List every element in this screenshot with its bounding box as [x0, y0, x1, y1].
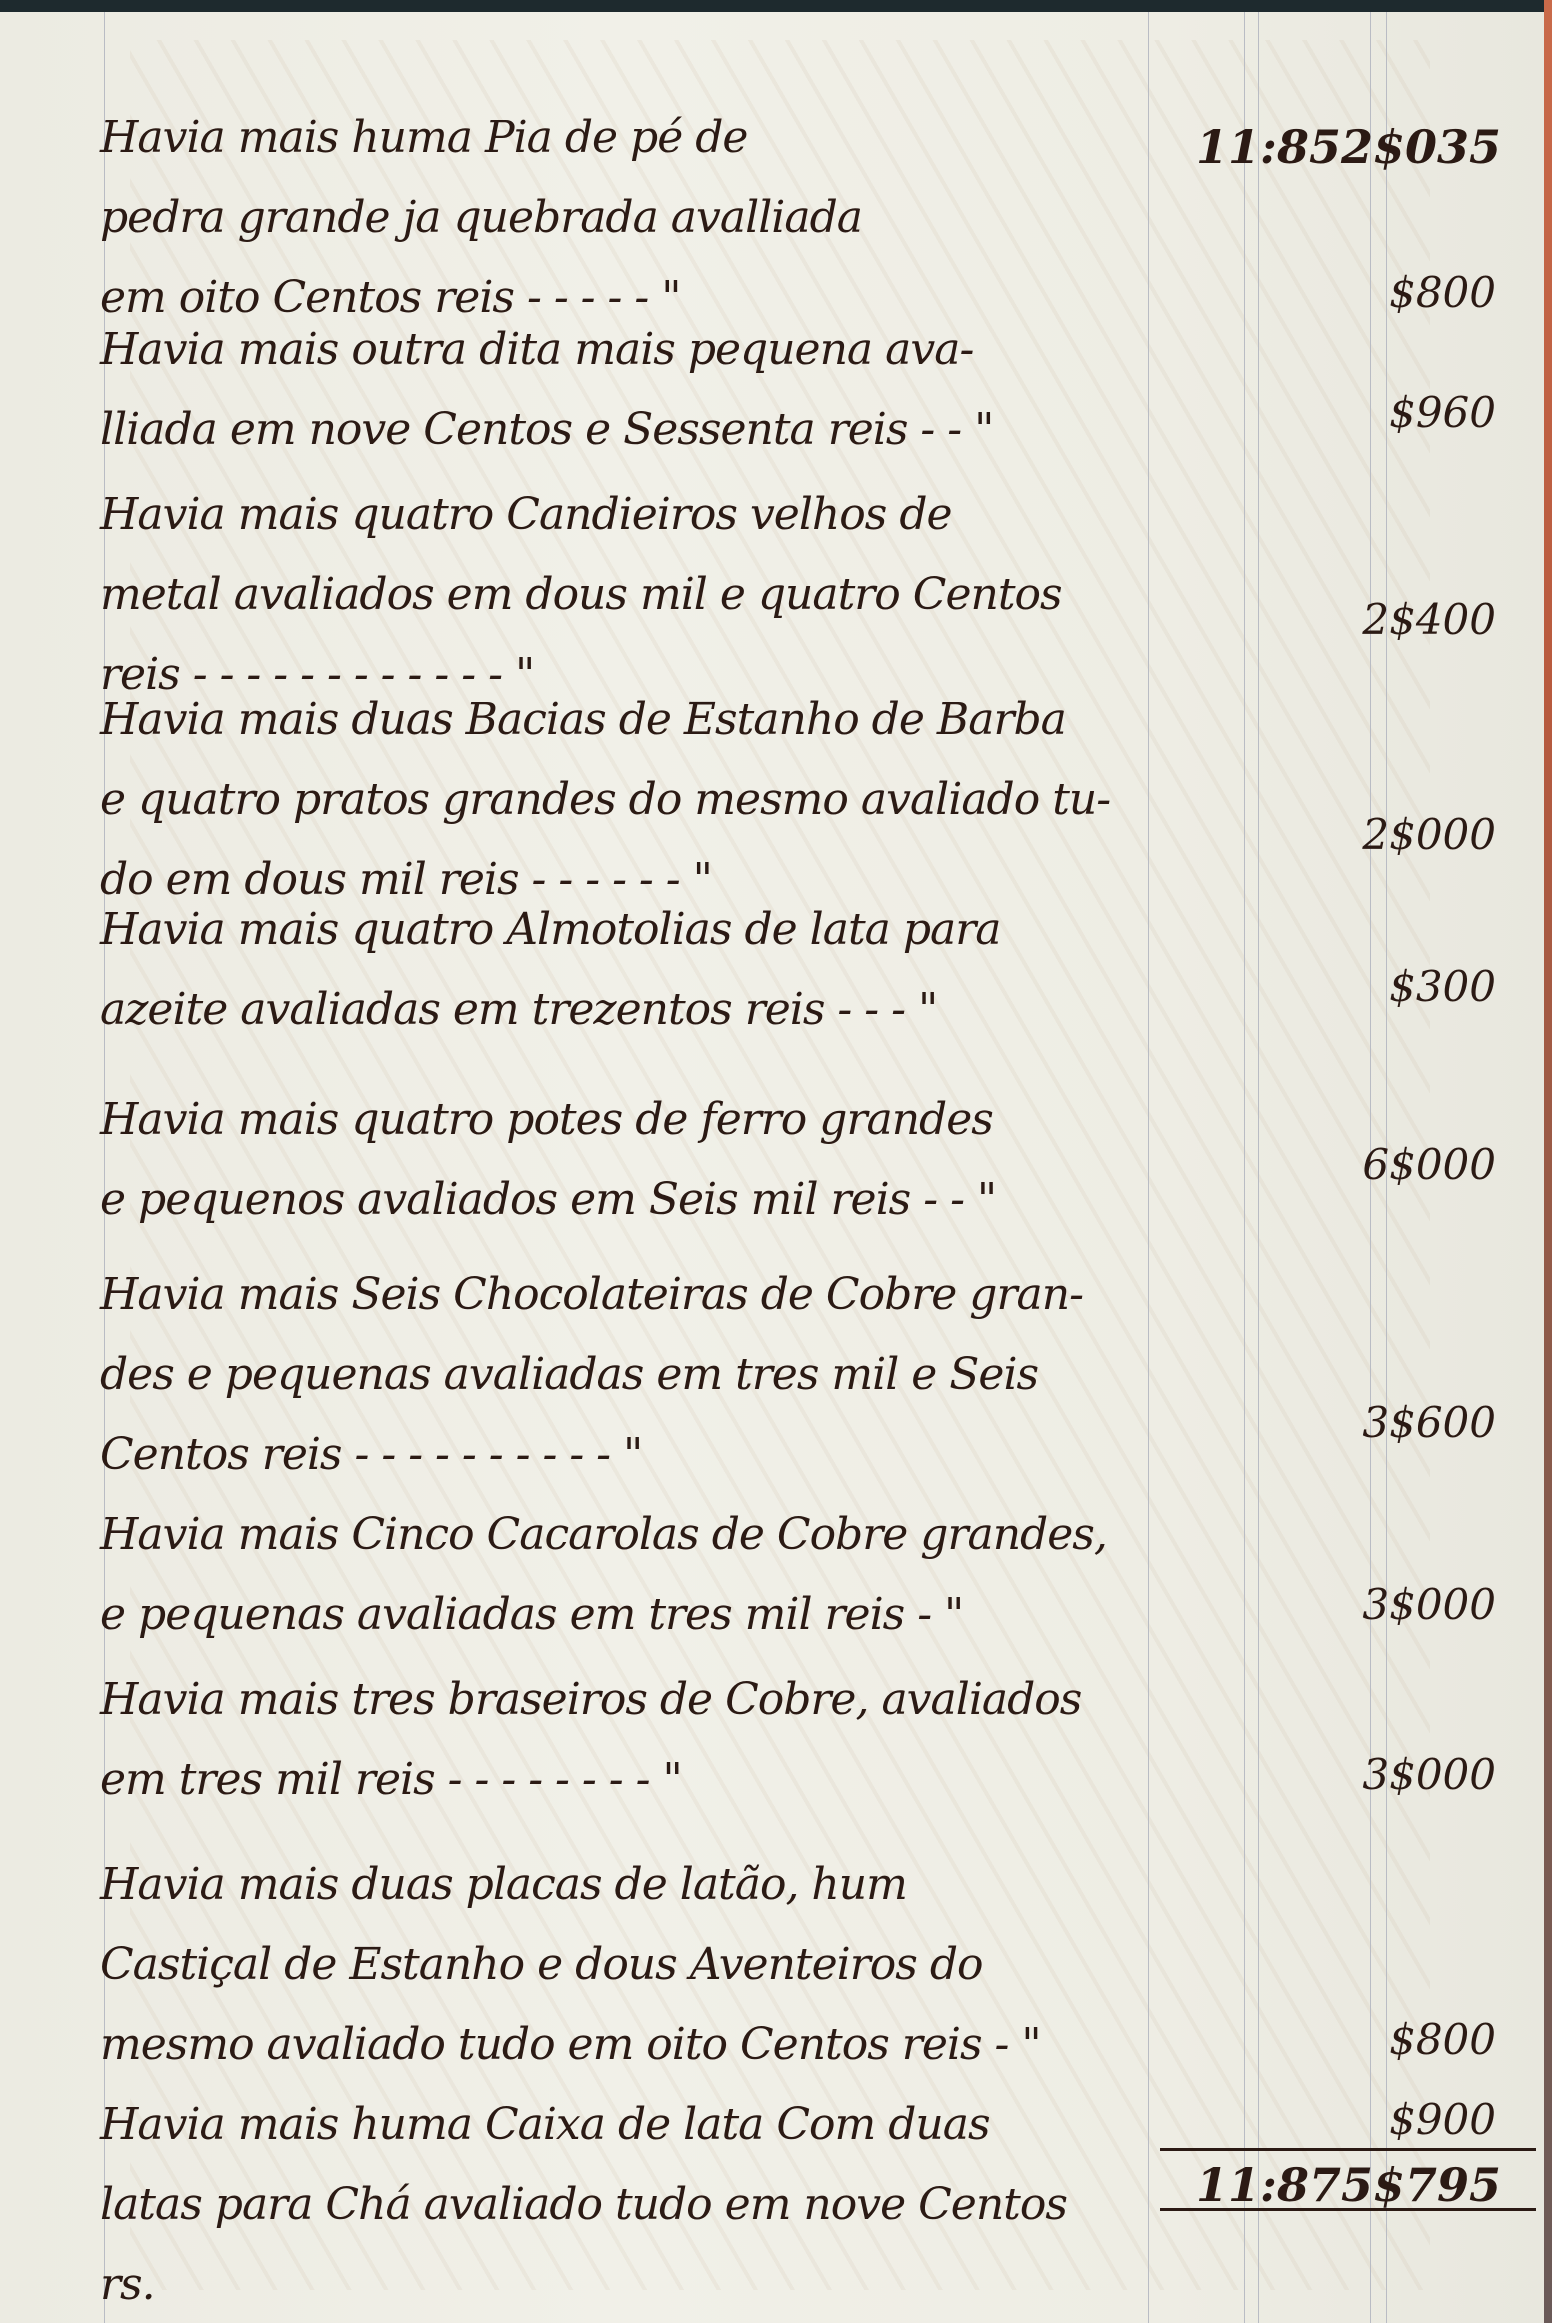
entry-line: azeite avaliadas em trezentos reis - - -…	[100, 970, 1130, 1050]
entry-line: Havia mais quatro potes de ferro grandes	[100, 1080, 1130, 1160]
entry-amount: $960	[1196, 388, 1496, 437]
entry-amount: 2$000	[1196, 810, 1496, 859]
page-edge	[1544, 0, 1552, 2323]
entry-line: Castiçal de Estanho e dous Aventeiros do	[100, 1925, 1130, 2005]
ledger-entry: Havia mais huma Pia de pé de pedra grand…	[100, 98, 1130, 338]
entry-line: Havia mais quatro Candieiros velhos de	[100, 475, 1130, 555]
entry-line: lliada em nove Centos e Sessenta reis - …	[100, 390, 1130, 470]
ledger-entry: Havia mais duas Bacias de Estanho de Bar…	[100, 680, 1130, 920]
entry-amount: $800	[1196, 2015, 1496, 2064]
entry-line: Havia mais duas placas de latão, hum	[100, 1845, 1130, 1925]
entry-line: Havia mais Seis Chocolateiras de Cobre g…	[100, 1255, 1130, 1335]
ledger-entry: Havia mais duas placas de latão, hum Cas…	[100, 1845, 1130, 2085]
entry-line: Havia mais duas Bacias de Estanho de Bar…	[100, 680, 1130, 760]
entry-amount: 3$000	[1196, 1580, 1496, 1629]
column-rule	[1148, 12, 1149, 2323]
entry-amount: $900	[1196, 2095, 1496, 2144]
entry-line: Havia mais quatro Almotolias de lata par…	[100, 890, 1130, 970]
entry-line: Havia mais tres braseiros de Cobre, aval…	[100, 1660, 1130, 1740]
ledger-entry: Havia mais outra dita mais pequena ava- …	[100, 310, 1130, 470]
entry-amount: $800	[1196, 268, 1496, 317]
entry-line: em tres mil reis - - - - - - - - "	[100, 1740, 1130, 1820]
entry-line: mesmo avaliado tudo em oito Centos reis …	[100, 2005, 1130, 2085]
ledger-entry: Havia mais quatro potes de ferro grandes…	[100, 1080, 1130, 1240]
entry-amount: 6$000	[1196, 1140, 1496, 1189]
entry-line: latas para Chá avaliado tudo em nove Cen…	[100, 2165, 1130, 2323]
entry-amount: 3$000	[1196, 1750, 1496, 1799]
total-amount: 11:875$795	[1196, 2158, 1496, 2212]
carried-forward-amount: 11:852$035	[1196, 120, 1496, 174]
entry-line: Havia mais Cinco Cacarolas de Cobre gran…	[100, 1495, 1130, 1575]
entry-line: e pequenos avaliados em Seis mil reis - …	[100, 1160, 1130, 1240]
entry-line: e pequenas avaliadas em tres mil reis - …	[100, 1575, 1130, 1655]
entry-line: Havia mais outra dita mais pequena ava-	[100, 310, 1130, 390]
ledger-entry: Havia mais tres braseiros de Cobre, aval…	[100, 1660, 1130, 1820]
ledger-entry: Havia mais Seis Chocolateiras de Cobre g…	[100, 1255, 1130, 1495]
entry-line: e quatro pratos grandes do mesmo avaliad…	[100, 760, 1130, 840]
ledger-entry: Havia mais quatro Almotolias de lata par…	[100, 890, 1130, 1050]
entry-line: Havia mais huma Pia de pé de	[100, 98, 1130, 178]
entry-amount: 2$400	[1196, 595, 1496, 644]
entry-line: des e pequenas avaliadas em tres mil e S…	[100, 1335, 1130, 1415]
total-rule-top	[1160, 2148, 1536, 2151]
entry-amount: $300	[1196, 962, 1496, 1011]
scan-top-edge	[0, 0, 1552, 12]
ledger-entry: Havia mais huma Caixa de lata Com duas l…	[100, 2085, 1130, 2323]
entry-line: Havia mais huma Caixa de lata Com duas	[100, 2085, 1130, 2165]
total-rule-bottom	[1160, 2208, 1536, 2211]
entry-line: Centos reis - - - - - - - - - - "	[100, 1415, 1130, 1495]
entry-line: pedra grande ja quebrada avalliada	[100, 178, 1130, 258]
ledger-entry: Havia mais quatro Candieiros velhos de m…	[100, 475, 1130, 715]
entry-line: metal avaliados em dous mil e quatro Cen…	[100, 555, 1130, 635]
entry-amount: 3$600	[1196, 1398, 1496, 1447]
ledger-entry: Havia mais Cinco Cacarolas de Cobre gran…	[100, 1495, 1130, 1655]
